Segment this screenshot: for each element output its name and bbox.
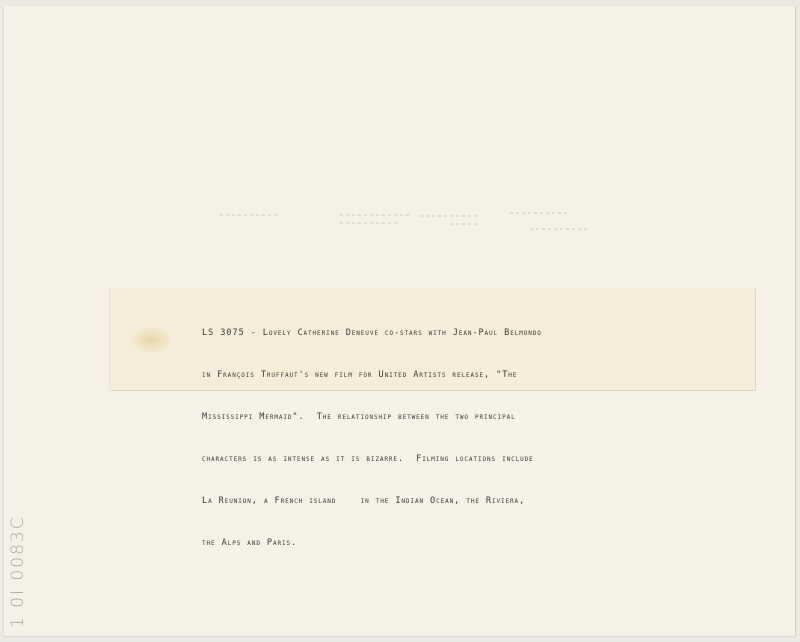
caption-line: the Alps and Paris.	[202, 536, 742, 550]
pencil-inventory-note: 1 0I 0083C	[8, 498, 28, 628]
show-through-marks	[220, 208, 610, 238]
caption-line: in François Truffaut's new film for Unit…	[202, 368, 742, 382]
caption-line: La Reunion, a French island in the India…	[202, 494, 742, 508]
caption-text: LS 3075 - Lovely Catherine Deneuve co-st…	[202, 298, 742, 564]
stain	[132, 328, 170, 352]
caption-line: characters is as intense as it is bizarr…	[202, 452, 742, 466]
caption-line: Mississippi Mermaid". The relationship b…	[202, 410, 742, 424]
caption-line: LS 3075 - Lovely Catherine Deneuve co-st…	[202, 326, 742, 340]
